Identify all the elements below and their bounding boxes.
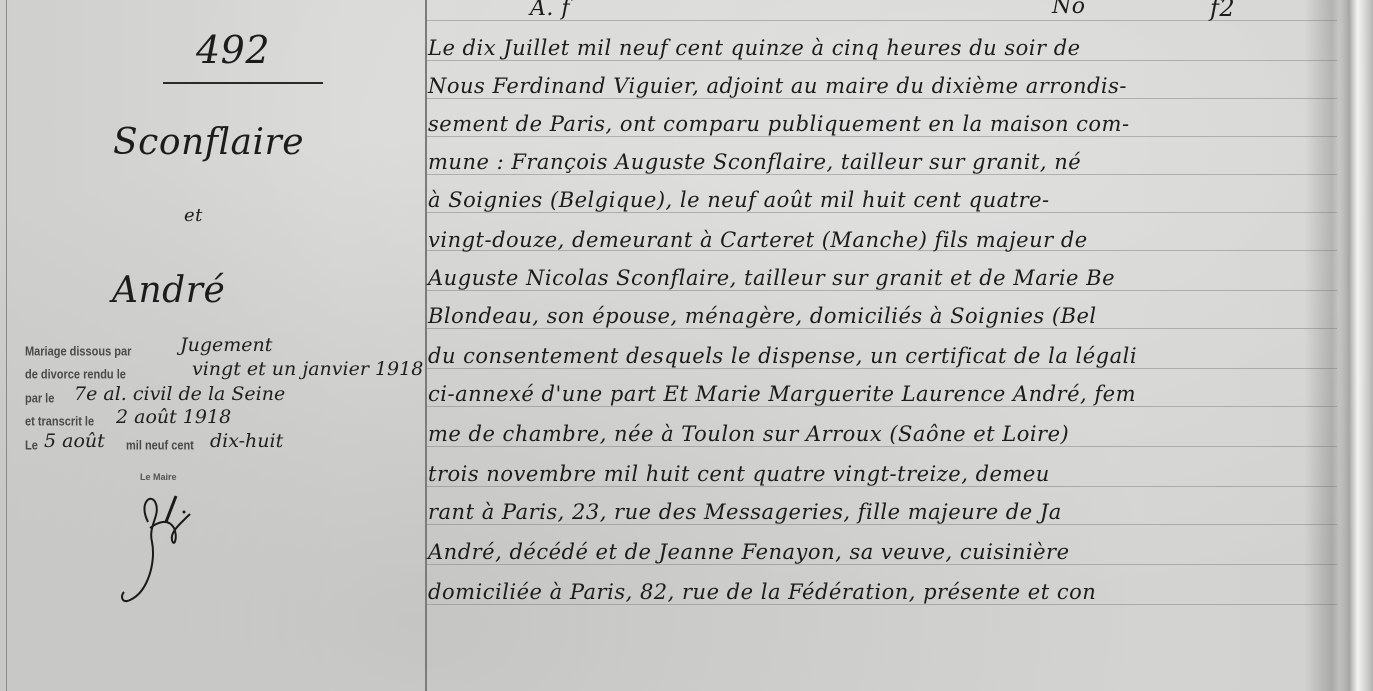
margin-divider-line <box>425 0 427 691</box>
ruled-line <box>426 486 1337 487</box>
header-left-mark: A. f <box>530 0 570 21</box>
act-body-line: sement de Paris, ont comparu publiquemen… <box>428 112 1130 136</box>
act-body-line: trois novembre mil huit cent quatre ving… <box>428 462 1050 486</box>
act-body-line: Le dix Juillet mil neuf cent quinze à ci… <box>428 36 1081 60</box>
annotation-handwritten-text: 5 août <box>44 430 105 452</box>
ruled-line <box>426 136 1337 137</box>
maire-label: Le Maire <box>140 472 177 482</box>
annotation-printed-text: de divorce rendu le <box>25 368 126 382</box>
act-number: 492 <box>196 28 270 72</box>
ruled-line <box>426 406 1337 407</box>
margin-bride-surname: André <box>112 270 225 311</box>
act-body-line: du consentement desquels le dispense, un… <box>428 344 1137 368</box>
ruled-line <box>426 290 1337 291</box>
ruled-line <box>426 212 1337 213</box>
book-binding-edge <box>1339 0 1373 691</box>
annotation-handwritten-text: dix-huit <box>210 430 283 452</box>
annotation-printed-text: Le <box>25 439 38 453</box>
ruled-line <box>426 60 1337 61</box>
ruled-line <box>426 98 1337 99</box>
act-body-line: vingt-douze, demeurant à Carteret (Manch… <box>428 228 1088 252</box>
header-right-mark: f2 <box>1210 0 1235 22</box>
act-body-line: Nous Ferdinand Viguier, adjoint au maire… <box>428 74 1127 98</box>
act-body-line: André, décédé et de Jeanne Fenayon, sa v… <box>428 540 1070 564</box>
header-number-label: No <box>1052 0 1086 19</box>
act-body-line: domiciliée à Paris, 82, rue de la Fédéra… <box>428 580 1096 604</box>
act-body-line: rant à Paris, 23, rue des Messageries, f… <box>428 500 1062 524</box>
page-left-edge-line <box>6 0 7 691</box>
ruled-line <box>426 368 1337 369</box>
annotation-handwritten-text: 7e al. civil de la Seine <box>74 383 285 405</box>
act-body-line: ci-annexé d'une part Et Marie Marguerite… <box>428 382 1136 406</box>
act-body-line: Auguste Nicolas Sconflaire, tailleur sur… <box>428 266 1115 290</box>
ruled-line <box>426 524 1337 525</box>
annotation-printed-text: par le <box>25 392 54 406</box>
annotation-handwritten-text: Jugement <box>180 334 272 356</box>
act-body-line: Blondeau, son épouse, ménagère, domicili… <box>428 304 1097 328</box>
annotation-printed-text: mil neuf cent <box>126 439 194 453</box>
annotation-printed-text: et transcrit le <box>25 415 94 429</box>
act-body-line: me de chambre, née à Toulon sur Arroux (… <box>428 422 1069 446</box>
mayor-signature-icon <box>118 482 208 612</box>
annotation-printed-text: Mariage dissous par <box>25 345 131 359</box>
ruled-line <box>426 328 1337 329</box>
annotation-handwritten-text: 2 août 1918 <box>116 406 231 428</box>
annotation-handwritten-text: vingt et un janvier 1918 <box>192 358 423 380</box>
act-body-line: mune : François Auguste Sconflaire, tail… <box>428 150 1081 174</box>
act-body-line: à Soignies (Belgique), le neuf août mil … <box>428 188 1050 212</box>
ruled-line <box>426 174 1337 175</box>
register-page: A. f No f2 492 Sconflaire et André Maria… <box>0 0 1373 691</box>
ruled-line <box>426 604 1337 605</box>
margin-conjunction: et <box>184 205 203 226</box>
margin-groom-surname: Sconflaire <box>113 122 304 163</box>
ruled-line <box>426 564 1337 565</box>
ruled-line <box>426 446 1337 447</box>
act-number-underline <box>163 82 323 84</box>
